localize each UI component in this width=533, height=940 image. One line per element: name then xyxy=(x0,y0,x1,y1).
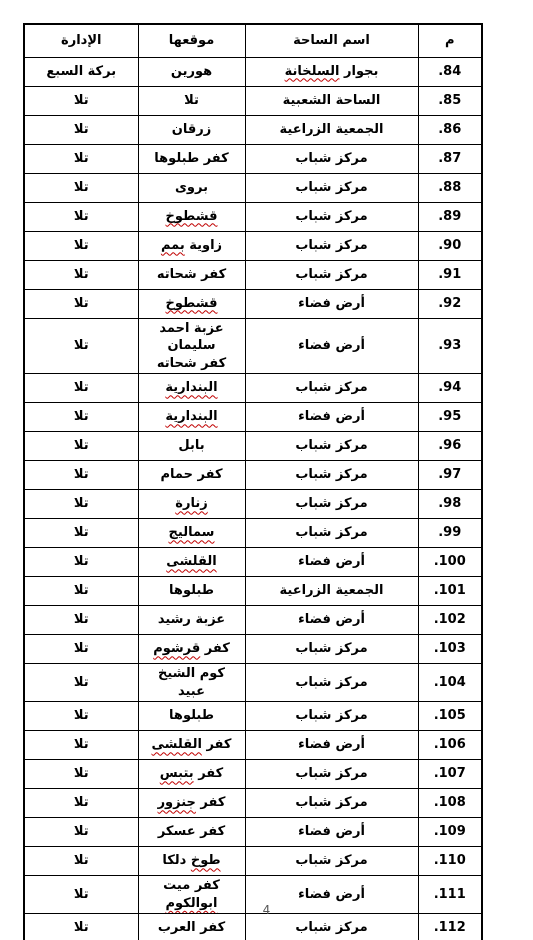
cell-location: القلشى xyxy=(138,548,245,577)
table-row: .108مركز شبابكفر جنزورتلا xyxy=(24,789,482,818)
col-header-num: م xyxy=(418,24,482,57)
cell-name: مركز شباب xyxy=(245,789,418,818)
cell-admin: تلا xyxy=(24,231,138,260)
misspelled-word: قرشوم xyxy=(153,641,200,656)
cell-num: .93 xyxy=(418,318,482,374)
cell-admin: تلا xyxy=(24,914,138,940)
cell-admin: تلا xyxy=(24,173,138,202)
cell-num: .85 xyxy=(418,86,482,115)
cell-name: أرض فضاء xyxy=(245,606,418,635)
cell-num: .102 xyxy=(418,606,482,635)
cell-num: .112 xyxy=(418,914,482,940)
cell-admin: تلا xyxy=(24,847,138,876)
cell-location: عزبة احمد سليمان كفر شحاته xyxy=(138,318,245,374)
cell-admin: تلا xyxy=(24,635,138,664)
cell-location: كفر العرب xyxy=(138,914,245,940)
misspelled-word: سماليج xyxy=(169,525,215,540)
cell-name: مركز شباب xyxy=(245,664,418,702)
table-body: .84بجوار السلخانةهورينبركة السبع.85الساح… xyxy=(24,57,482,940)
table-row: .89مركز شبابقشطوختلا xyxy=(24,202,482,231)
cell-admin: تلا xyxy=(24,818,138,847)
col-header-location: موقعها xyxy=(138,24,245,57)
cell-num: .99 xyxy=(418,519,482,548)
misspelled-word: قشطوخ xyxy=(166,296,218,311)
cell-name: مركز شباب xyxy=(245,202,418,231)
cell-admin: تلا xyxy=(24,606,138,635)
cell-num: .100 xyxy=(418,548,482,577)
cell-location: هورين xyxy=(138,57,245,86)
cell-num: .88 xyxy=(418,173,482,202)
table-row: .86الجمعية الزراعيةزرقانتلا xyxy=(24,115,482,144)
cell-admin: تلا xyxy=(24,577,138,606)
misspelled-word: بتبس xyxy=(160,766,194,781)
cell-admin: تلا xyxy=(24,760,138,789)
misspelled-word: زنارة xyxy=(175,496,207,511)
table-row: .92أرض فضاءقشطوختلا xyxy=(24,289,482,318)
cell-admin: تلا xyxy=(24,86,138,115)
table-row: .88مركز شباببروىتلا xyxy=(24,173,482,202)
cell-name: مركز شباب xyxy=(245,635,418,664)
cell-admin: بركة السبع xyxy=(24,57,138,86)
cell-name: مركز شباب xyxy=(245,914,418,940)
cell-num: .97 xyxy=(418,461,482,490)
cell-location: سماليج xyxy=(138,519,245,548)
cell-admin: تلا xyxy=(24,318,138,374)
table-row: .107مركز شبابكفر بتبستلا xyxy=(24,760,482,789)
cell-name: مركز شباب xyxy=(245,260,418,289)
cell-num: .94 xyxy=(418,374,482,403)
table-row: .90مركز شبابزاوية بممتلا xyxy=(24,231,482,260)
cell-location: طبلوها xyxy=(138,577,245,606)
cell-name: بجوار السلخانة xyxy=(245,57,418,86)
cell-admin: تلا xyxy=(24,374,138,403)
cell-admin: تلا xyxy=(24,115,138,144)
cell-name: الجمعية الزراعية xyxy=(245,115,418,144)
header-row: م اسم الساحة موقعها الإدارة xyxy=(24,24,482,57)
cell-admin: تلا xyxy=(24,403,138,432)
cell-num: .108 xyxy=(418,789,482,818)
cell-num: .84 xyxy=(418,57,482,86)
table-row: .109أرض فضاءكفر عسكرتلا xyxy=(24,818,482,847)
cell-name: مركز شباب xyxy=(245,760,418,789)
page-number: 4 xyxy=(0,903,533,917)
cell-location: تلا xyxy=(138,86,245,115)
cell-admin: تلا xyxy=(24,490,138,519)
table-row: .112مركز شبابكفر العربتلا xyxy=(24,914,482,940)
misspelled-word: قشطوخ xyxy=(166,209,218,224)
cell-name: مركز شباب xyxy=(245,374,418,403)
cell-location: كفر جنزور xyxy=(138,789,245,818)
cell-admin: تلا xyxy=(24,461,138,490)
misspelled-word: البندارية xyxy=(165,380,217,395)
cell-name: مركز شباب xyxy=(245,231,418,260)
cell-name: الساحة الشعبية xyxy=(245,86,418,115)
cell-num: .90 xyxy=(418,231,482,260)
cell-admin: تلا xyxy=(24,202,138,231)
table-row: .95أرض فضاءالبنداريةتلا xyxy=(24,403,482,432)
cell-location: عزبة رشيد xyxy=(138,606,245,635)
cell-num: .109 xyxy=(418,818,482,847)
cell-num: .106 xyxy=(418,731,482,760)
col-header-name: اسم الساحة xyxy=(245,24,418,57)
cell-name: مركز شباب xyxy=(245,847,418,876)
cell-location: كفر القلشى xyxy=(138,731,245,760)
cell-num: .110 xyxy=(418,847,482,876)
cell-name: مركز شباب xyxy=(245,461,418,490)
table-row: .84بجوار السلخانةهورينبركة السبع xyxy=(24,57,482,86)
cell-location: البندارية xyxy=(138,374,245,403)
misspelled-word: طوخ xyxy=(191,853,221,868)
cell-location: كفر عسكر xyxy=(138,818,245,847)
cell-name: أرض فضاء xyxy=(245,289,418,318)
table-row: .103مركز شبابكفر قرشومتلا xyxy=(24,635,482,664)
cell-location: زرقان xyxy=(138,115,245,144)
cell-location: زاوية بمم xyxy=(138,231,245,260)
cell-admin: تلا xyxy=(24,519,138,548)
cell-location: قشطوخ xyxy=(138,289,245,318)
cell-num: .98 xyxy=(418,490,482,519)
cell-location: كفر بتبس xyxy=(138,760,245,789)
cell-num: .105 xyxy=(418,702,482,731)
cell-num: .89 xyxy=(418,202,482,231)
cell-name: أرض فضاء xyxy=(245,318,418,374)
table-row: .110مركز شبابطوخ دلكاتلا xyxy=(24,847,482,876)
cell-location: كوم الشيخ عبيد xyxy=(138,664,245,702)
table-row: .93أرض فضاءعزبة احمد سليمان كفر شحاتهتلا xyxy=(24,318,482,374)
misspelled-word: بمم xyxy=(161,238,185,253)
table-row: .94مركز شبابالبنداريةتلا xyxy=(24,374,482,403)
cell-admin: تلا xyxy=(24,664,138,702)
table-row: .102أرض فضاءعزبة رشيدتلا xyxy=(24,606,482,635)
misspelled-word: جنزور xyxy=(158,795,196,810)
cell-num: .101 xyxy=(418,577,482,606)
cell-location: طبلوها xyxy=(138,702,245,731)
table-row: .105مركز شبابطبلوهاتلا xyxy=(24,702,482,731)
cell-name: أرض فضاء xyxy=(245,548,418,577)
table-row: .104مركز شبابكوم الشيخ عبيدتلا xyxy=(24,664,482,702)
cell-location: كفر حمام xyxy=(138,461,245,490)
table-row: .87مركز شبابكفر طبلوهاتلا xyxy=(24,144,482,173)
cell-admin: تلا xyxy=(24,731,138,760)
cell-admin: تلا xyxy=(24,702,138,731)
table-row: .85الساحة الشعبيةتلاتلا xyxy=(24,86,482,115)
cell-admin: تلا xyxy=(24,260,138,289)
table-header: م اسم الساحة موقعها الإدارة xyxy=(24,24,482,57)
cell-location: البندارية xyxy=(138,403,245,432)
cell-name: مركز شباب xyxy=(245,173,418,202)
table-row: .99مركز شبابسماليجتلا xyxy=(24,519,482,548)
cell-location: كفر طبلوها xyxy=(138,144,245,173)
misspelled-word: القلشى xyxy=(152,737,202,752)
cell-location: قشطوخ xyxy=(138,202,245,231)
cell-location: زنارة xyxy=(138,490,245,519)
cell-name: مركز شباب xyxy=(245,519,418,548)
cell-name: الجمعية الزراعية xyxy=(245,577,418,606)
cell-admin: تلا xyxy=(24,432,138,461)
locations-table: م اسم الساحة موقعها الإدارة .84بجوار الس… xyxy=(23,23,483,940)
cell-num: .95 xyxy=(418,403,482,432)
cell-admin: تلا xyxy=(24,789,138,818)
cell-num: .91 xyxy=(418,260,482,289)
cell-num: .92 xyxy=(418,289,482,318)
table-row: .98مركز شبابزنارةتلا xyxy=(24,490,482,519)
cell-name: أرض فضاء xyxy=(245,731,418,760)
cell-num: .107 xyxy=(418,760,482,789)
cell-name: مركز شباب xyxy=(245,490,418,519)
misspelled-word: السلخانة xyxy=(285,64,340,79)
cell-admin: تلا xyxy=(24,144,138,173)
cell-location: طوخ دلكا xyxy=(138,847,245,876)
table-row: .101الجمعية الزراعيةطبلوهاتلا xyxy=(24,577,482,606)
misspelled-word: القلشى xyxy=(166,554,216,569)
cell-num: .87 xyxy=(418,144,482,173)
table-row: .91مركز شبابكفر شحاتهتلا xyxy=(24,260,482,289)
table-row: .100أرض فضاءالقلشىتلا xyxy=(24,548,482,577)
cell-location: كفر شحاته xyxy=(138,260,245,289)
cell-num: .96 xyxy=(418,432,482,461)
cell-name: أرض فضاء xyxy=(245,818,418,847)
cell-admin: تلا xyxy=(24,289,138,318)
document-page: م اسم الساحة موقعها الإدارة .84بجوار الس… xyxy=(0,0,533,940)
cell-name: أرض فضاء xyxy=(245,403,418,432)
table-row: .97مركز شبابكفر حمامتلا xyxy=(24,461,482,490)
cell-location: بروى xyxy=(138,173,245,202)
cell-location: بابل xyxy=(138,432,245,461)
col-header-admin: الإدارة xyxy=(24,24,138,57)
cell-num: .103 xyxy=(418,635,482,664)
cell-name: مركز شباب xyxy=(245,702,418,731)
misspelled-word: البندارية xyxy=(165,409,217,424)
cell-name: مركز شباب xyxy=(245,432,418,461)
table-row: .106أرض فضاءكفر القلشىتلا xyxy=(24,731,482,760)
cell-name: مركز شباب xyxy=(245,144,418,173)
cell-num: .104 xyxy=(418,664,482,702)
cell-num: .86 xyxy=(418,115,482,144)
cell-location: كفر قرشوم xyxy=(138,635,245,664)
cell-admin: تلا xyxy=(24,548,138,577)
table-row: .96مركز شباببابلتلا xyxy=(24,432,482,461)
